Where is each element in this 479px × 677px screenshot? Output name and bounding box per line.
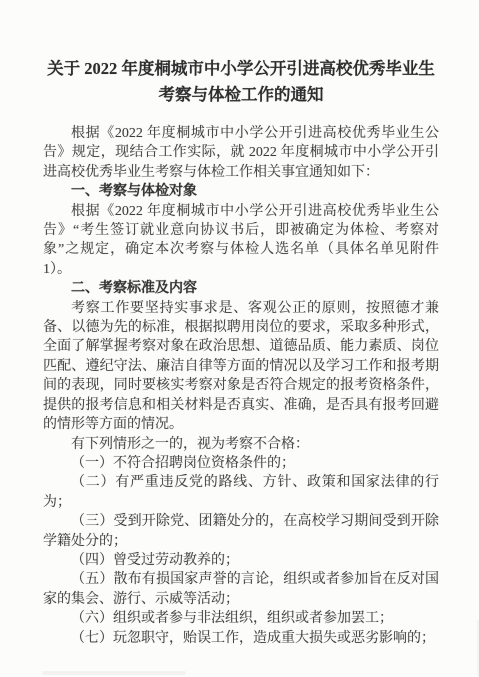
disqualification-intro: 有下列情形之一的，视为考察不合格： xyxy=(43,435,439,454)
document-title: 关于 2022 年度桐城市中小学公开引进高校优秀毕业生 考察与体检工作的通知 xyxy=(43,56,439,108)
document-body: 根据《2022 年度桐城市中小学公开引进高校优秀毕业生公告》规定，现结合工作实际… xyxy=(43,124,439,648)
section-1-heading: 一、考察与体检对象 xyxy=(43,182,439,201)
intro-paragraph: 根据《2022 年度桐城市中小学公开引进高校优秀毕业生公告》规定，现结合工作实际… xyxy=(43,124,439,182)
page-bottom-shadow xyxy=(42,671,186,675)
document-title-line-1: 关于 2022 年度桐城市中小学公开引进高校优秀毕业生 xyxy=(43,56,439,82)
disqualification-item-3: （三）受到开除党、团籍处分的，在高校学习期间受到开除学籍处分的； xyxy=(43,512,439,551)
disqualification-item-7: （七）玩忽职守，贻误工作，造成重大损失或恶劣影响的； xyxy=(43,629,439,648)
disqualification-item-4: （四）曾受过劳动教养的； xyxy=(43,551,439,570)
disqualification-item-5: （五）散布有损国家声誉的言论，组织或者参加旨在反对国家的集会、游行、示威等活动； xyxy=(43,570,439,609)
disqualification-item-6: （六）组织或者参与非法组织，组织或者参加罢工； xyxy=(43,609,439,628)
section-2-paragraph: 考察工作要坚持实事求是、客观公正的原则，按照德才兼备、以德为先的标准，根据拟聘用… xyxy=(43,299,439,435)
notice-document: 关于 2022 年度桐城市中小学公开引进高校优秀毕业生 考察与体检工作的通知 根… xyxy=(43,56,439,648)
section-2-heading: 二、考察标准及内容 xyxy=(43,279,439,298)
disqualification-item-2: （二）有严重违反党的路线、方针、政策和国家法律的行为； xyxy=(43,473,439,512)
disqualification-item-1: （一）不符合招聘岗位资格条件的； xyxy=(43,454,439,473)
document-page: 关于 2022 年度桐城市中小学公开引进高校优秀毕业生 考察与体检工作的通知 根… xyxy=(0,0,479,677)
document-title-line-2: 考察与体检工作的通知 xyxy=(43,82,439,108)
section-1-paragraph: 根据《2022 年度桐城市中小学公开引进高校优秀毕业生公告》“考生签订就业意向协… xyxy=(43,202,439,280)
